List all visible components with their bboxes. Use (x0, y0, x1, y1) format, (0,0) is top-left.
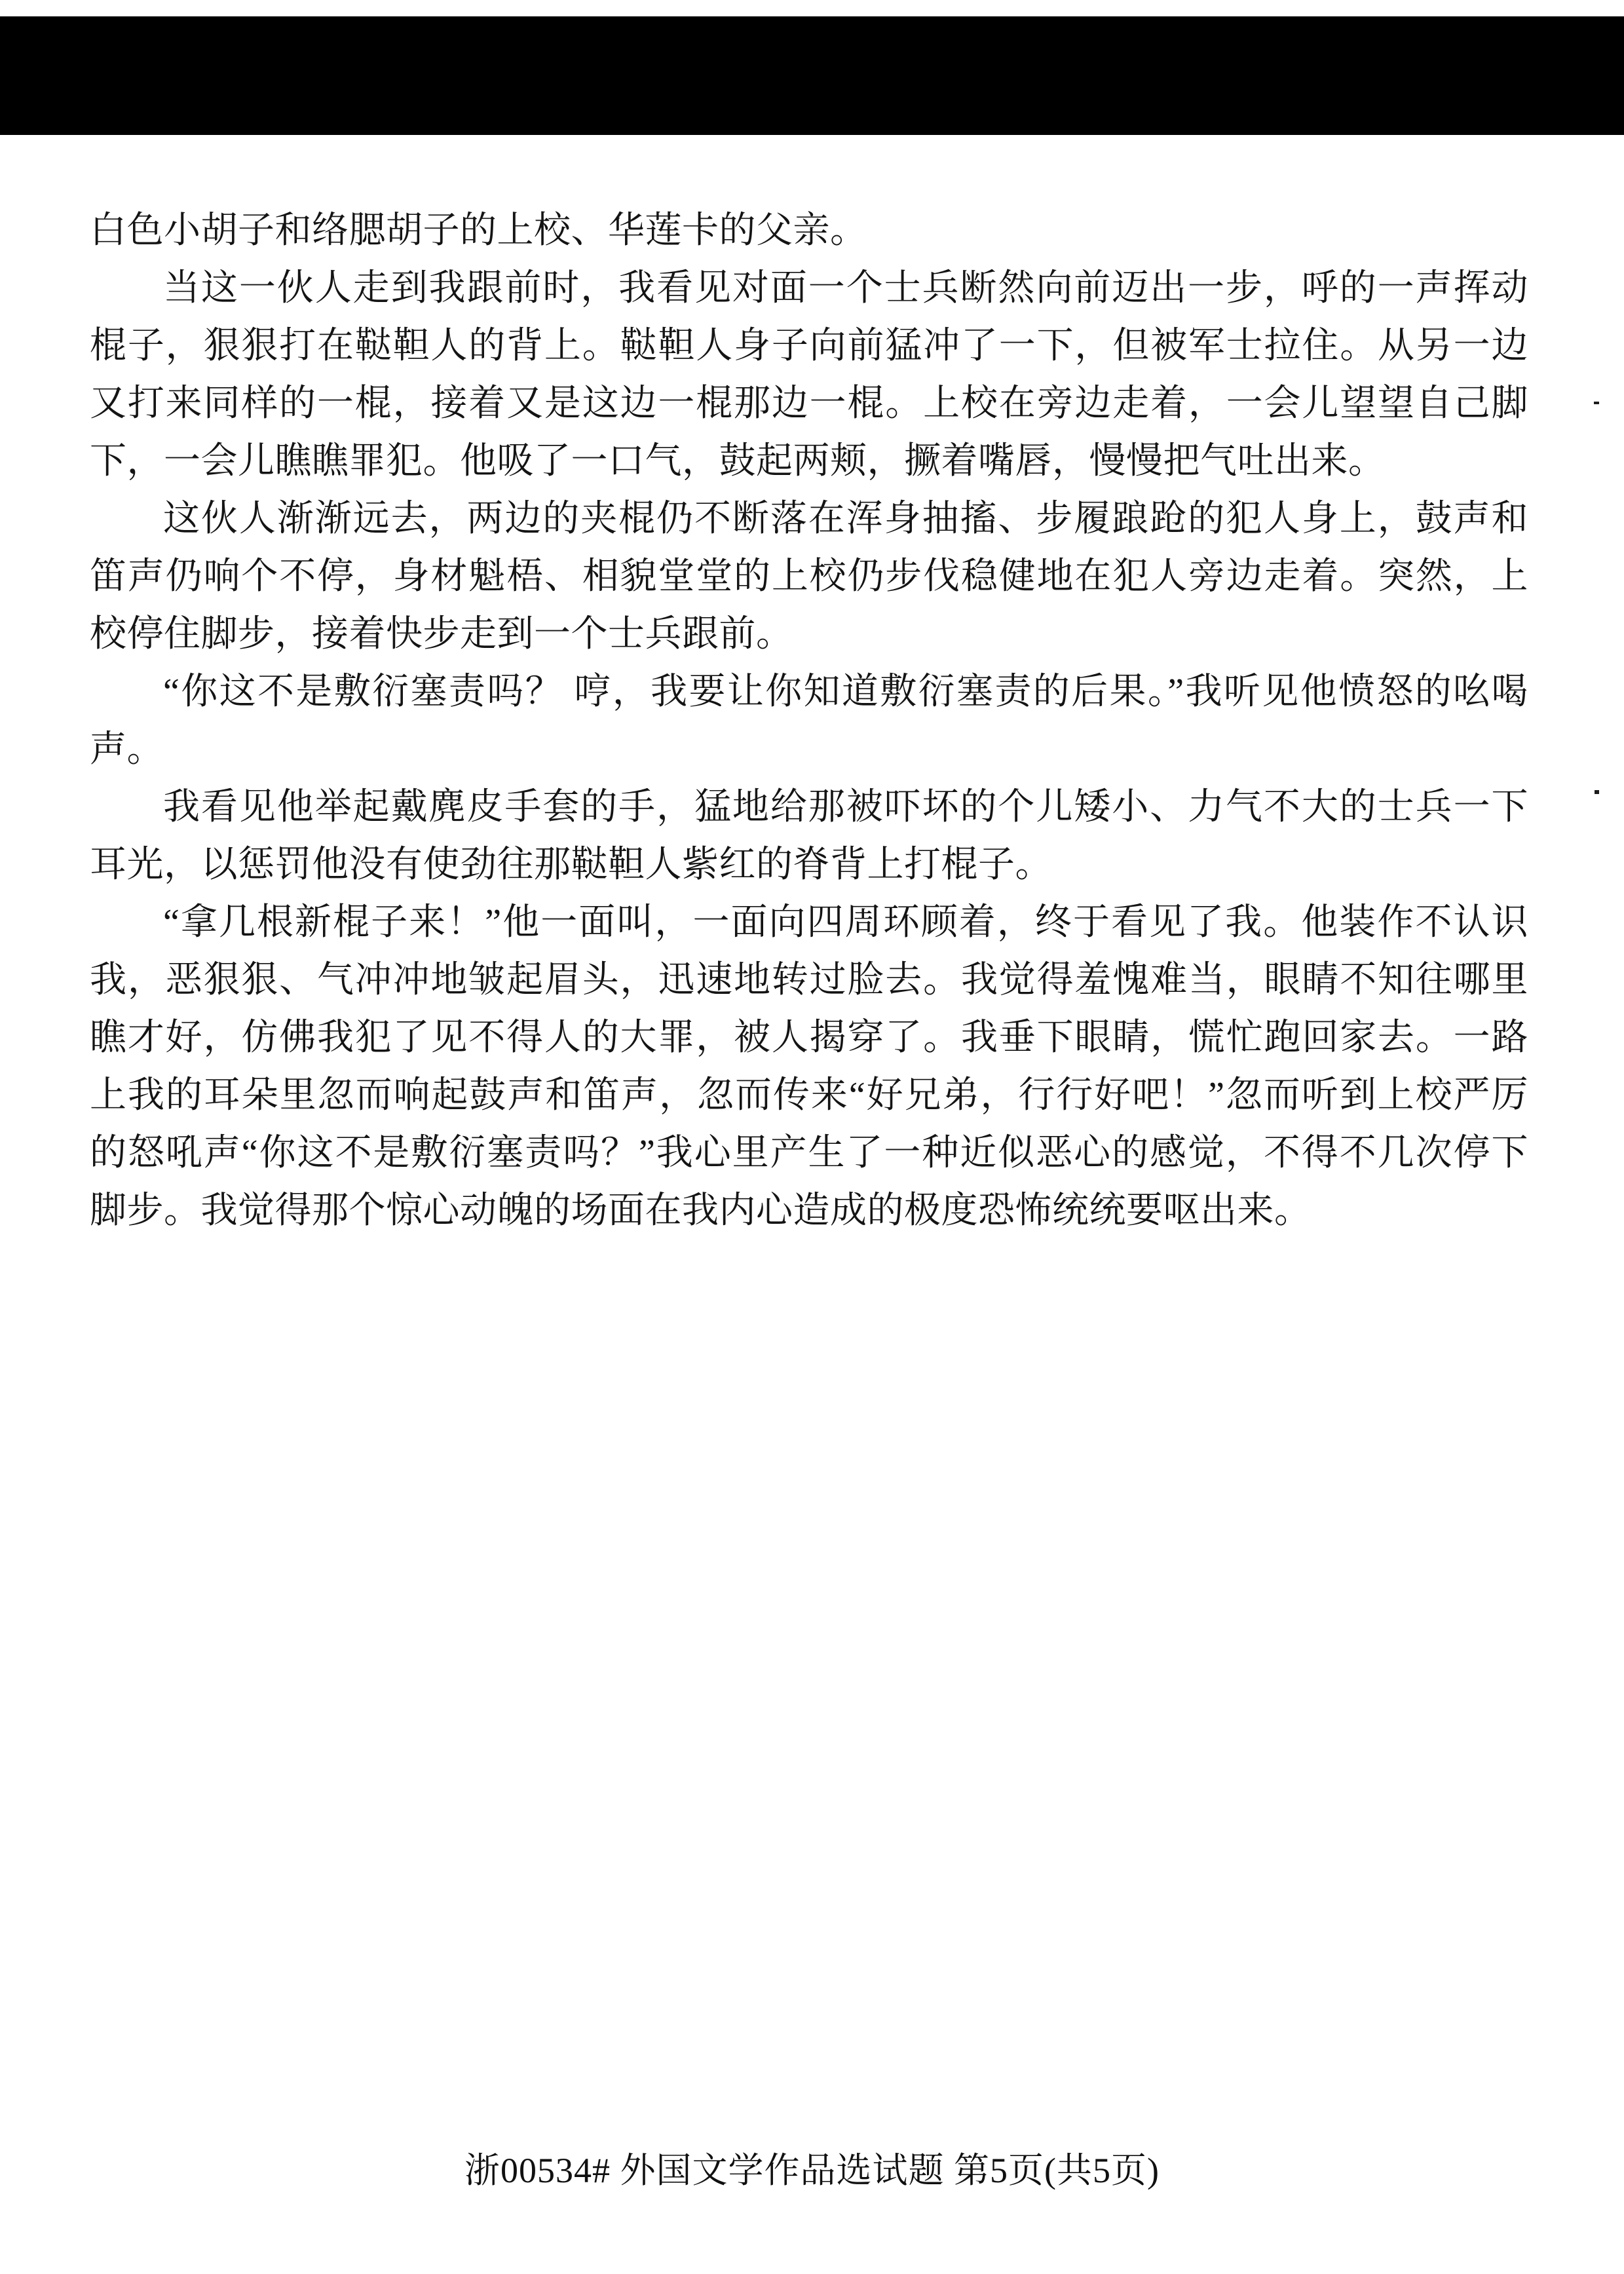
paragraph-continuation: 白色小胡子和络腮胡子的上校、华莲卡的父亲。 (90, 202, 1528, 259)
scan-black-banner (0, 16, 1624, 135)
paragraph: “拿几根新棍子来！”他一面叫，一面向四周环顾着，终于看见了我。他装作不认识我，恶… (90, 894, 1528, 1240)
scanned-exam-page: 白色小胡子和络腮胡子的上校、华莲卡的父亲。 当这一伙人走到我跟前时，我看见对面一… (0, 0, 1624, 2274)
paragraph: 这伙人渐渐远去，两边的夹棍仍不断落在浑身抽搐、步履踉跄的犯人身上，鼓声和笛声仍响… (90, 490, 1528, 663)
scan-artifact-dot (1595, 790, 1599, 794)
paragraph: “你这不是敷衍塞责吗？ 哼，我要让你知道敷衍塞责的后果。”我听见他愤怒的吆喝声。 (90, 663, 1528, 778)
page-footer: 浙00534# 外国文学作品选试题 第5页(共5页) (0, 2148, 1624, 2193)
document-body: 白色小胡子和络腮胡子的上校、华莲卡的父亲。 当这一伙人走到我跟前时，我看见对面一… (90, 202, 1528, 1240)
paragraph: 当这一伙人走到我跟前时，我看见对面一个士兵断然向前迈出一步，呼的一声挥动棍子，狠… (90, 259, 1528, 490)
scan-artifact-dot (1594, 402, 1599, 404)
paragraph: 我看见他举起戴麂皮手套的手，猛地给那被吓坏的个儿矮小、力气不大的士兵一下耳光，以… (90, 778, 1528, 894)
